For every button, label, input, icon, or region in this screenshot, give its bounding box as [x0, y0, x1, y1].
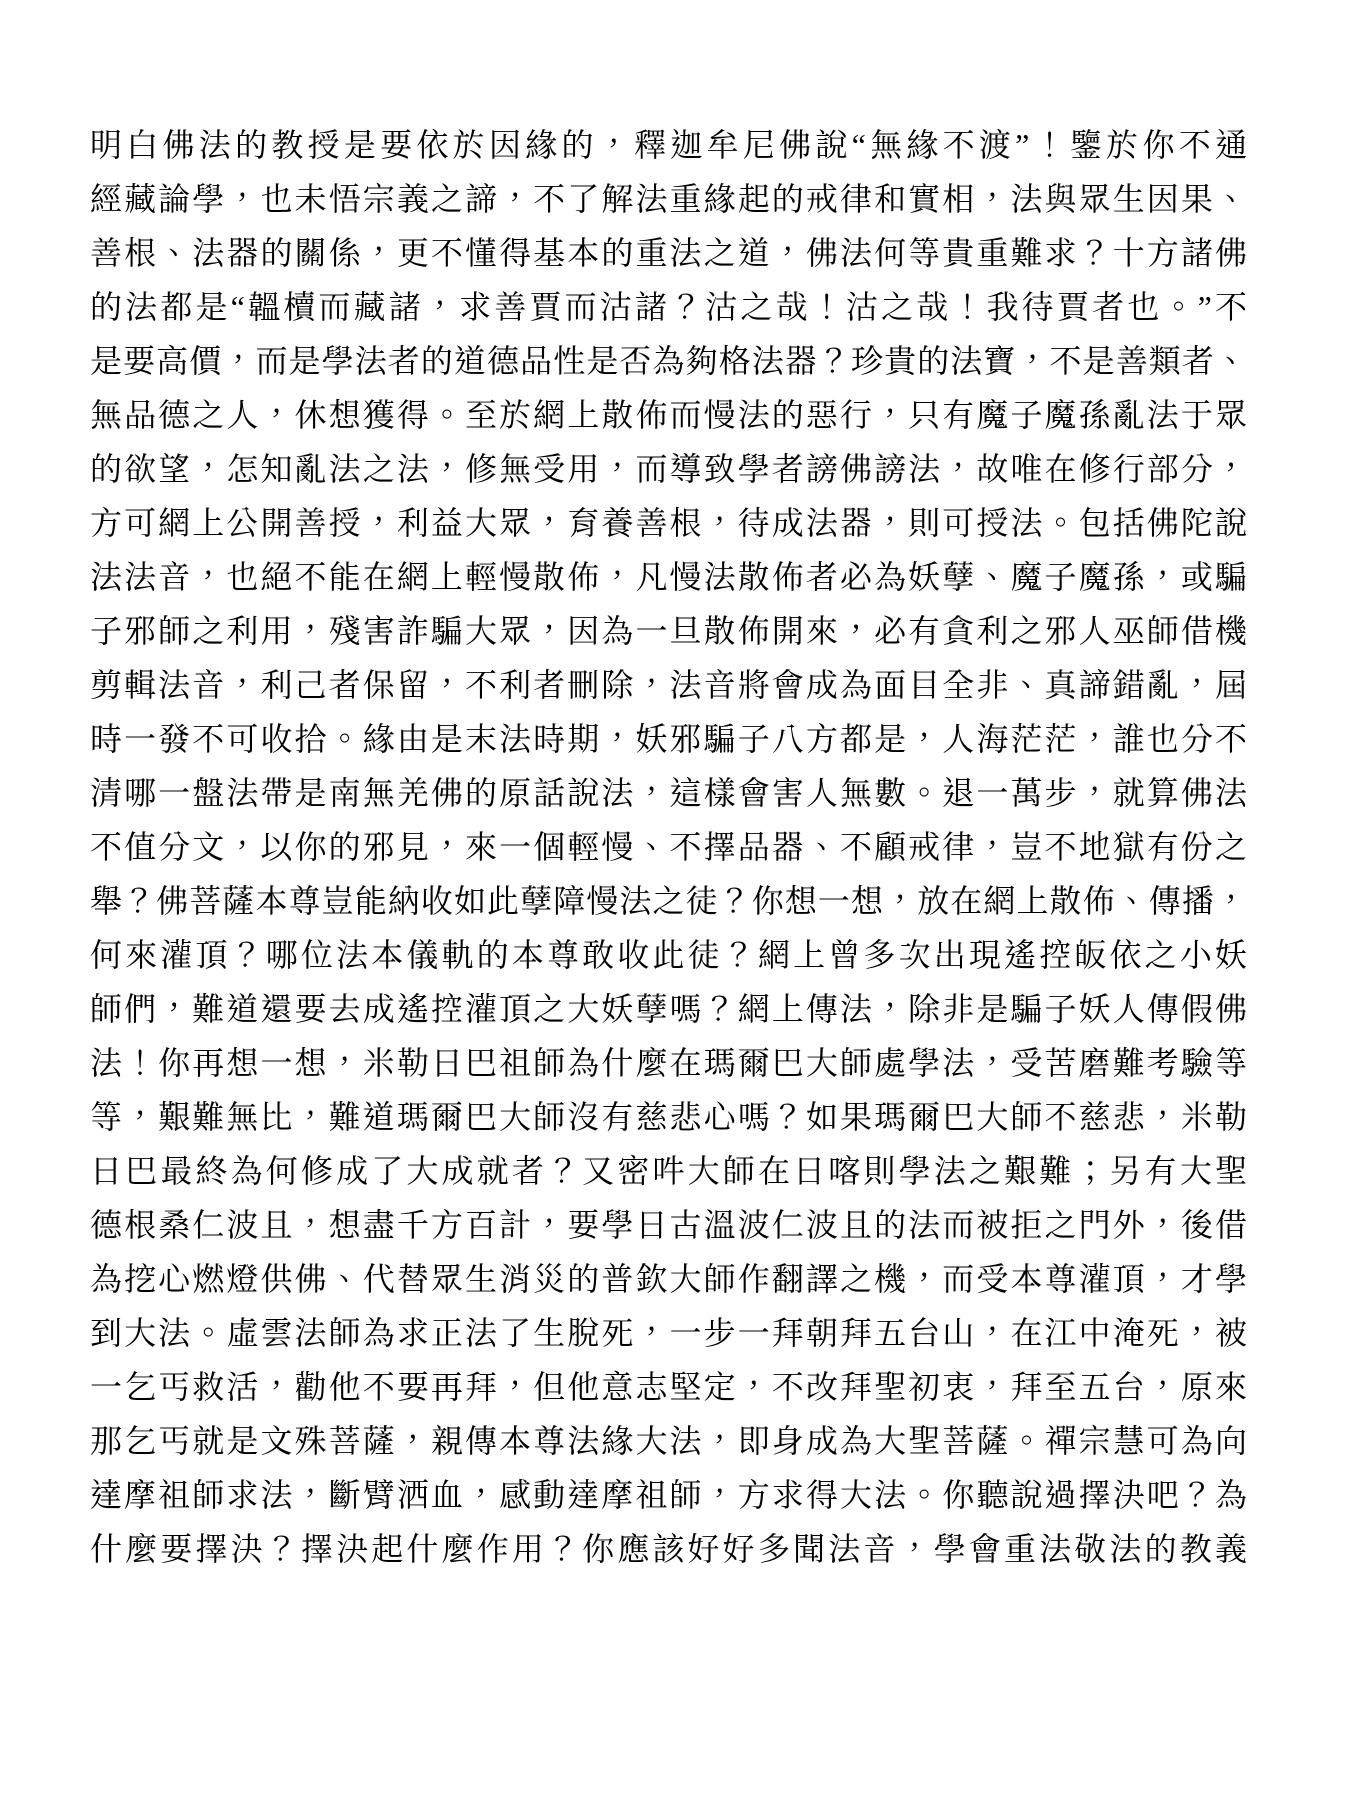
text-line: 師們，難道還要去成遙控灌頂之大妖孽嗎？網上傳法，除非是騙子妖人傳假佛 [90, 982, 1247, 1036]
text-line: 子邪師之利用，殘害詐騙大眾，因為一旦散佈開來，必有貪利之邪人巫師借機 [90, 604, 1247, 658]
text-line: 那乞丐就是文殊菩薩，親傳本尊法緣大法，即身成為大聖菩薩。禪宗慧可為向 [90, 1414, 1247, 1468]
text-line: 無品德之人，休想獲得。至於網上散佈而慢法的惡行，只有魔子魔孫亂法于眾 [90, 388, 1247, 442]
text-line: 什麼要擇決？擇決起什麼作用？你應該好好多聞法音，學會重法敬法的教義 [90, 1522, 1247, 1576]
text-line: 法法音，也絕不能在網上輕慢散佈，凡慢法散佈者必為妖孽、魔子魔孫，或騙 [90, 550, 1247, 604]
text-line: 方可網上公開善授，利益大眾，育養善根，待成法器，則可授法。包括佛陀說 [90, 496, 1247, 550]
text-line: 到大法。虛雲法師為求正法了生脫死，一步一拜朝拜五台山，在江中淹死，被 [90, 1306, 1247, 1360]
text-line: 善根、法器的關係，更不懂得基本的重法之道，佛法何等貴重難求？十方諸佛 [90, 226, 1247, 280]
text-line: 清哪一盤法帶是南無羌佛的原話說法，這樣會害人無數。退一萬步，就算佛法 [90, 766, 1247, 820]
text-line: 日巴最終為何修成了大成就者？又密吽大師在日喀則學法之艱難；另有大聖 [90, 1144, 1247, 1198]
text-line: 不值分文，以你的邪見，來一個輕慢、不擇品器、不顧戒律，豈不地獄有份之 [90, 820, 1247, 874]
text-line: 剪輯法音，利己者保留，不利者刪除，法音將會成為面目全非、真諦錯亂，屆 [90, 658, 1247, 712]
text-line: 一乞丐救活，勸他不要再拜，但他意志堅定，不改拜聖初衷，拜至五台，原來 [90, 1360, 1247, 1414]
text-line: 的欲望，怎知亂法之法，修無受用，而導致學者謗佛謗法，故唯在修行部分， [90, 442, 1247, 496]
text-block: 明白佛法的教授是要依於因緣的，釋迦牟尼佛說“無緣不渡”！鑒於你不通 經藏論學，也… [90, 118, 1247, 1576]
text-line: 法！你再想一想，米勒日巴祖師為什麼在瑪爾巴大師處學法，受苦磨難考驗等 [90, 1036, 1247, 1090]
document-page: 明白佛法的教授是要依於因緣的，釋迦牟尼佛說“無緣不渡”！鑒於你不通 經藏論學，也… [0, 0, 1356, 1796]
text-line: 是要高價，而是學法者的道德品性是否為夠格法器？珍貴的法寶，不是善類者、 [90, 334, 1247, 388]
text-line: 時一發不可收拾。緣由是末法時期，妖邪騙子八方都是，人海茫茫，誰也分不 [90, 712, 1247, 766]
text-line: 明白佛法的教授是要依於因緣的，釋迦牟尼佛說“無緣不渡”！鑒於你不通 [90, 118, 1247, 172]
text-line: 為挖心燃燈供佛、代替眾生消災的普欽大師作翻譯之機，而受本尊灌頂，才學 [90, 1252, 1247, 1306]
text-line: 的法都是“韞櫝而藏諸，求善賈而沽諸？沽之哉！沽之哉！我待賈者也。”不 [90, 280, 1247, 334]
text-line: 經藏論學，也未悟宗義之諦，不了解法重緣起的戒律和實相，法與眾生因果、 [90, 172, 1247, 226]
text-line: 舉？佛菩薩本尊豈能納收如此孽障慢法之徒？你想一想，放在網上散佈、傳播， [90, 874, 1247, 928]
text-line: 達摩祖師求法，斷臂洒血，感動達摩祖師，方求得大法。你聽說過擇決吧？為 [90, 1468, 1247, 1522]
text-line: 等，艱難無比，難道瑪爾巴大師沒有慈悲心嗎？如果瑪爾巴大師不慈悲，米勒 [90, 1090, 1247, 1144]
text-line: 何來灌頂？哪位法本儀軌的本尊敢收此徒？網上曾多次出現遙控皈依之小妖 [90, 928, 1247, 982]
text-line: 德根桑仁波且，想盡千方百計，要學日古溫波仁波且的法而被拒之門外，後借 [90, 1198, 1247, 1252]
